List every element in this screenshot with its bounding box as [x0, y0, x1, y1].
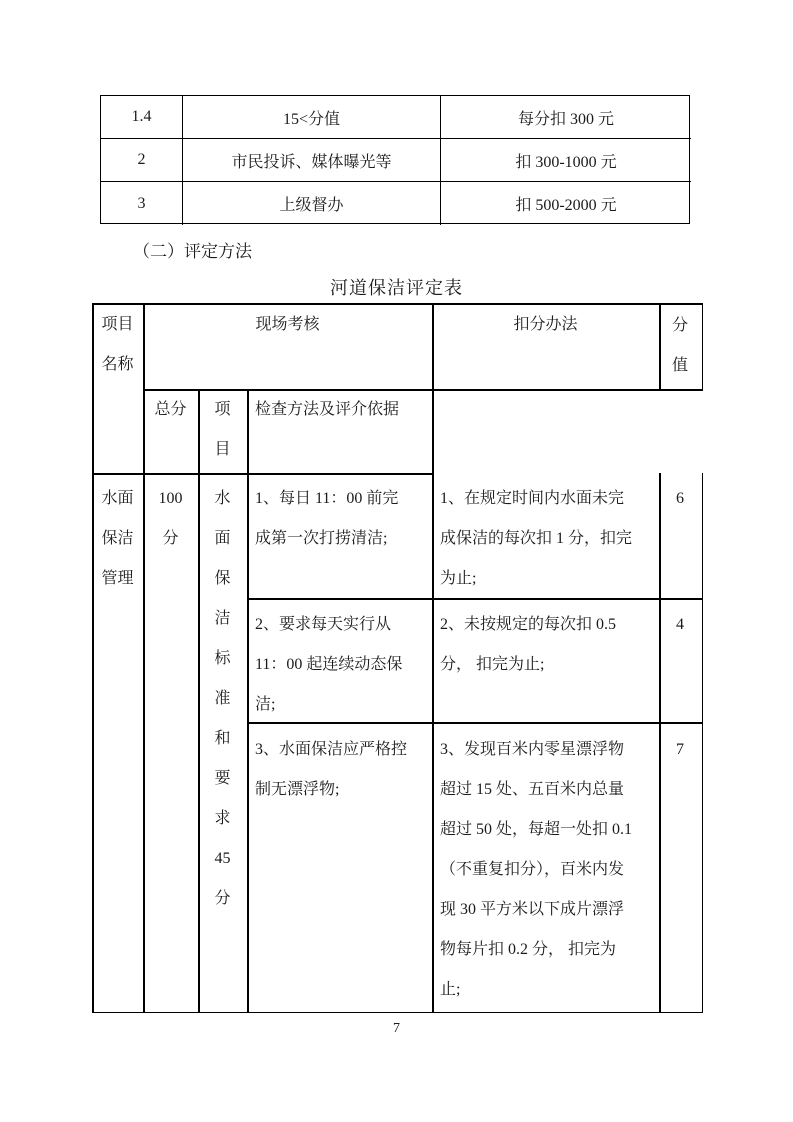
- header-project-name: 项目 名称: [92, 305, 143, 385]
- subheader-total-score: 总分: [143, 390, 198, 430]
- row1-score: 6: [659, 479, 701, 519]
- subheader-check-method: 检查方法及评介依据: [255, 390, 399, 430]
- row2-check-method: 2、要求每天实行从 11：00 起连续动态保 洁;: [255, 605, 427, 725]
- row2-score: 4: [659, 605, 701, 645]
- section-heading: （二）评定方法: [133, 237, 252, 262]
- body-total-score: 100 分: [143, 479, 198, 559]
- fee-row-item: 市民投诉、媒体曝光等: [183, 139, 441, 182]
- fee-table: 1.4 15<分值 每分扣 300 元 2 市民投诉、媒体曝光等 扣 300-1…: [100, 95, 690, 224]
- row3-check-method: 3、水面保洁应严格控 制无漂浮物;: [255, 730, 427, 810]
- row1-check-method: 1、每日 11：00 前完 成第一次打捞清洁;: [255, 479, 427, 559]
- fee-row-no: 3: [101, 182, 183, 225]
- fee-row-item: 15<分值: [183, 96, 441, 139]
- row1-deduction: 1、在规定时间内水面未完 成保洁的每次扣 1 分，扣完 为止;: [440, 479, 656, 599]
- evaluation-table: 项目 名称 现场考核 扣分办法 分 值 总分 项 目 检查方法及评介依据 水面 …: [92, 303, 703, 1013]
- table-border-line: [92, 473, 434, 475]
- fee-row-item: 上级督办: [183, 182, 441, 225]
- body-project-name: 水面 保洁 管理: [92, 479, 143, 599]
- header-score: 分 值: [659, 306, 701, 386]
- table-border-line: [92, 303, 94, 1013]
- body-item: 水 面 保 洁 标 准 和 要 求 45 分: [198, 479, 247, 919]
- document-page: 1.4 15<分值 每分扣 300 元 2 市民投诉、媒体曝光等 扣 300-1…: [0, 0, 793, 1122]
- header-site-assessment: 现场考核: [143, 305, 432, 345]
- fee-row-penalty: 扣 500-2000 元: [441, 182, 691, 225]
- subheader-item: 项 目: [198, 390, 247, 470]
- table-border-line: [702, 473, 704, 1013]
- table-border-line: [92, 1012, 703, 1014]
- row2-deduction: 2、未按规定的每次扣 0.5 分， 扣完为止;: [440, 605, 656, 685]
- fee-row-penalty: 扣 300-1000 元: [441, 139, 691, 182]
- row3-score: 7: [659, 730, 701, 770]
- header-deduction-method: 扣分办法: [432, 305, 659, 345]
- fee-row-penalty: 每分扣 300 元: [441, 96, 691, 139]
- eval-table-title: 河道保洁评定表: [0, 274, 793, 300]
- fee-row-no: 2: [101, 139, 183, 182]
- table-border-line: [247, 389, 249, 1013]
- table-border-line: [432, 303, 434, 1013]
- fee-row-no: 1.4: [101, 96, 183, 139]
- page-number: 7: [0, 1021, 793, 1037]
- row3-deduction: 3、发现百米内零星漂浮物 超过 15 处、五百米内总量 超过 50 处，每超一处…: [440, 730, 656, 1010]
- table-border-line: [702, 303, 704, 389]
